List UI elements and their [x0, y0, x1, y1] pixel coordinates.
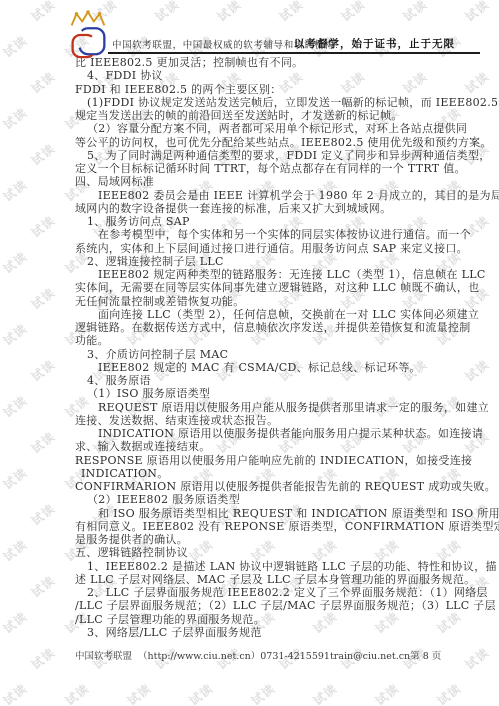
watermark-text: 试读 — [0, 320, 30, 349]
watermark-text: 试读 — [28, 572, 59, 601]
doc-line: (1)FDDI 协议规定发送站发送完帧后，立即发送一幅新的标记帧，而 IEEE8… — [75, 96, 485, 109]
doc-line: INDICATION。 — [75, 467, 485, 480]
watermark-text: 试读 — [28, 356, 59, 385]
document-body: 比 IEEE802.5 更加灵活；控制帧也有不同。4、FDDI 协议FDDI 和… — [75, 56, 485, 639]
doc-line: 等公平的访问权，也可优先分配给某些站点。IEEE802.5 使用优先级和预约方案… — [75, 136, 485, 149]
watermark-text: 试读 — [28, 284, 59, 313]
doc-line: 定义一个目标标记循环时间 TTRT，每个站点都存在有同样的一个 TTRT 值。 — [75, 162, 485, 175]
doc-line: 规定当发送出去的帧的前沿回送至发送站时，才发送新的标记帧。 — [75, 109, 485, 122]
watermark-text: 试读 — [28, 0, 59, 25]
watermark-text: 试读 — [462, 0, 493, 25]
doc-line: 系统内，实体和上下层间通过接口进行通信。用服务访问点 SAP 来定义接口。 — [75, 242, 485, 255]
doc-line: /LLC 子层管理功能的界面服务规范。 — [75, 613, 485, 626]
watermark-text: 试读 — [248, 680, 279, 706]
crown-icon — [72, 10, 105, 25]
doc-line: 4、服务原语 — [75, 374, 485, 387]
doc-line: 有相同意义。IEEE802 没有 REPONSE 原语类型，CONFIRMATI… — [75, 520, 485, 533]
header-slogan: 以考督学，始于证书，止于无限 — [294, 36, 455, 51]
watermark-text: 试读 — [0, 680, 30, 706]
doc-line: 五、逻辑链路控制协议 — [75, 546, 485, 559]
footer-page-number: 第 8 页 — [410, 648, 441, 662]
watermark-text: 试读 — [62, 680, 93, 706]
doc-line: （2）IEEE802 服务原语类型 — [75, 493, 485, 506]
doc-line: （1）ISO 服务原语类型 — [75, 387, 485, 400]
document-page: 试读试读试读试读试读试读试读试读试读试读试读试读试读试读试读试读试读试读试读试读… — [0, 0, 499, 706]
watermark-text: 试读 — [0, 104, 30, 133]
watermark-text: 试读 — [276, 0, 307, 25]
doc-line: 2、逻辑连接控制子层 LLC — [75, 255, 485, 268]
footer-email: train@ciu.net.cn — [330, 651, 410, 662]
doc-line: （2）容量分配方案不同，两者都可采用单个标记形式，对环上各站点提供同 — [75, 122, 485, 135]
page-footer: 中国软考联盟 （http://www.ciu.net.cn） 0731-4215… — [75, 648, 429, 662]
doc-line: 述 LLC 子层对网络层、MAC 子层及 LLC 子层本身管理功能的界面服务规范… — [75, 573, 485, 586]
doc-line: 在参考模型中，每个实体和另一个实体的同层实体按协议进行通信。而一个 — [75, 228, 485, 241]
watermark-text: 试读 — [0, 536, 30, 565]
watermark-text: 试读 — [28, 68, 59, 97]
doc-line: 3、网络层/LLC 子层界面服务规范 — [75, 626, 485, 639]
doc-line: IEEE802 规定两种类型的链路服务：无连接 LLC（类型 1），信息帧在 L… — [75, 268, 485, 281]
rings-icon — [73, 28, 105, 57]
footer-phone: 0731-4215591 — [260, 651, 330, 662]
watermark-text: 试读 — [28, 428, 59, 457]
watermark-text: 试读 — [28, 212, 59, 241]
doc-line: 3、介质访问控制子层 MAC — [75, 348, 485, 361]
watermark-text: 试读 — [338, 0, 369, 25]
doc-line: 比 IEEE802.5 更加灵活；控制帧也有不同。 — [75, 56, 485, 69]
doc-line: 无任何流量控制或差错恢复功能。 — [75, 295, 485, 308]
doc-line: 四、局域网标准 — [75, 175, 485, 188]
doc-line: 逻辑链路。在数据传送方式中，信息帧依次序发送，并提供差错恢复和流量控制 — [75, 321, 485, 334]
doc-line: REQUEST 原语用以使服务用户能从服务提供者那里请求一定的服务，如建立 — [75, 401, 485, 414]
watermark-text: 试读 — [310, 680, 341, 706]
watermark-text: 试读 — [372, 680, 403, 706]
watermark-text: 试读 — [0, 464, 30, 493]
org-logo-icon — [66, 10, 110, 60]
doc-line: 面向连接 LLC（类型 2），任何信息帧，交换前在一对 LLC 实体间必须建立 — [75, 308, 485, 321]
doc-line: FDDI 和 IEEE802.5 的两个主要区别： — [75, 83, 485, 96]
watermark-text: 试读 — [0, 392, 30, 421]
watermark-text: 试读 — [152, 0, 183, 25]
watermark-text: 试读 — [124, 680, 155, 706]
doc-line: 1、服务访问点 SAP — [75, 215, 485, 228]
footer-org-group: 中国软考联盟 （http://www.ciu.net.cn） — [75, 648, 260, 662]
watermark-text: 试读 — [434, 680, 465, 706]
doc-line: IEEE802 委员会是由 IEEE 计算机学会于 1980 年 2 月成立的，… — [75, 189, 485, 202]
doc-line: /LLC 子层界面服务规范；（2）LLC 子层/MAC 子层界面服务规范；（3）… — [75, 599, 485, 612]
doc-line: 4、FDDI 协议 — [75, 69, 485, 82]
doc-line: 域网内的数字设备提供一套连接的标准，后来又扩大到城域网。 — [75, 202, 485, 215]
doc-line: 1、IEEE802.2 是描述 LAN 协议中逻辑链路 LLC 子层的功能、特性… — [75, 560, 485, 573]
watermark-text: 试读 — [186, 680, 217, 706]
doc-line: 求、输入数据或连接结束。 — [75, 440, 485, 453]
watermark-text: 试读 — [28, 140, 59, 169]
doc-line: 连接、发送数据、结束连接或状态报告。 — [75, 414, 485, 427]
doc-line: 功能。 — [75, 334, 485, 347]
watermark-text: 试读 — [0, 608, 30, 637]
watermark-text: 试读 — [28, 644, 59, 673]
doc-line: 5、为了同时满足两种通信类型的要求，FDDI 定义了同步和异步两种通信类型， — [75, 149, 485, 162]
doc-line: IEEE802 规定的 MAC 有 CSMA/CD、标记总线、标记环等。 — [75, 361, 485, 374]
watermark-text: 试读 — [0, 176, 30, 205]
doc-line: 和 ISO 服务原语类型相比 REQUEST 和 INDICATION 原语类型… — [75, 507, 485, 520]
doc-line: CONFIRMARION 原语用以使服务提供者能报告先前的 REQUEST 成功… — [75, 480, 485, 493]
watermark-text: 试读 — [28, 500, 59, 529]
doc-line: 实体间，无需要在同等层实体间事先建立逻辑链路，对这种 LLC 帧既不确认，也 — [75, 281, 485, 294]
header-rule — [108, 52, 480, 54]
watermark-text: 试读 — [0, 32, 30, 61]
footer-site: （http://www.ciu.net.cn） — [138, 648, 260, 662]
doc-line: RESPONSE 原语用以使服务用户能响应先前的 INDIECATION，如接受… — [75, 454, 485, 467]
doc-line: 2、LLC 子层界面服务规范 IEEE802.2 定义了三个界面服务规范：（1）… — [75, 586, 485, 599]
doc-line: INDICATION 原语用以使服务提供者能向服务用户提示某种状态。如连接请 — [75, 427, 485, 440]
watermark-text: 试读 — [400, 0, 431, 25]
watermark-text: 试读 — [462, 644, 493, 673]
doc-line: 是服务提供者的确认。 — [75, 533, 485, 546]
watermark-text: 试读 — [214, 0, 245, 25]
watermark-text: 试读 — [0, 248, 30, 277]
footer-org: 中国软考联盟 — [75, 648, 132, 662]
